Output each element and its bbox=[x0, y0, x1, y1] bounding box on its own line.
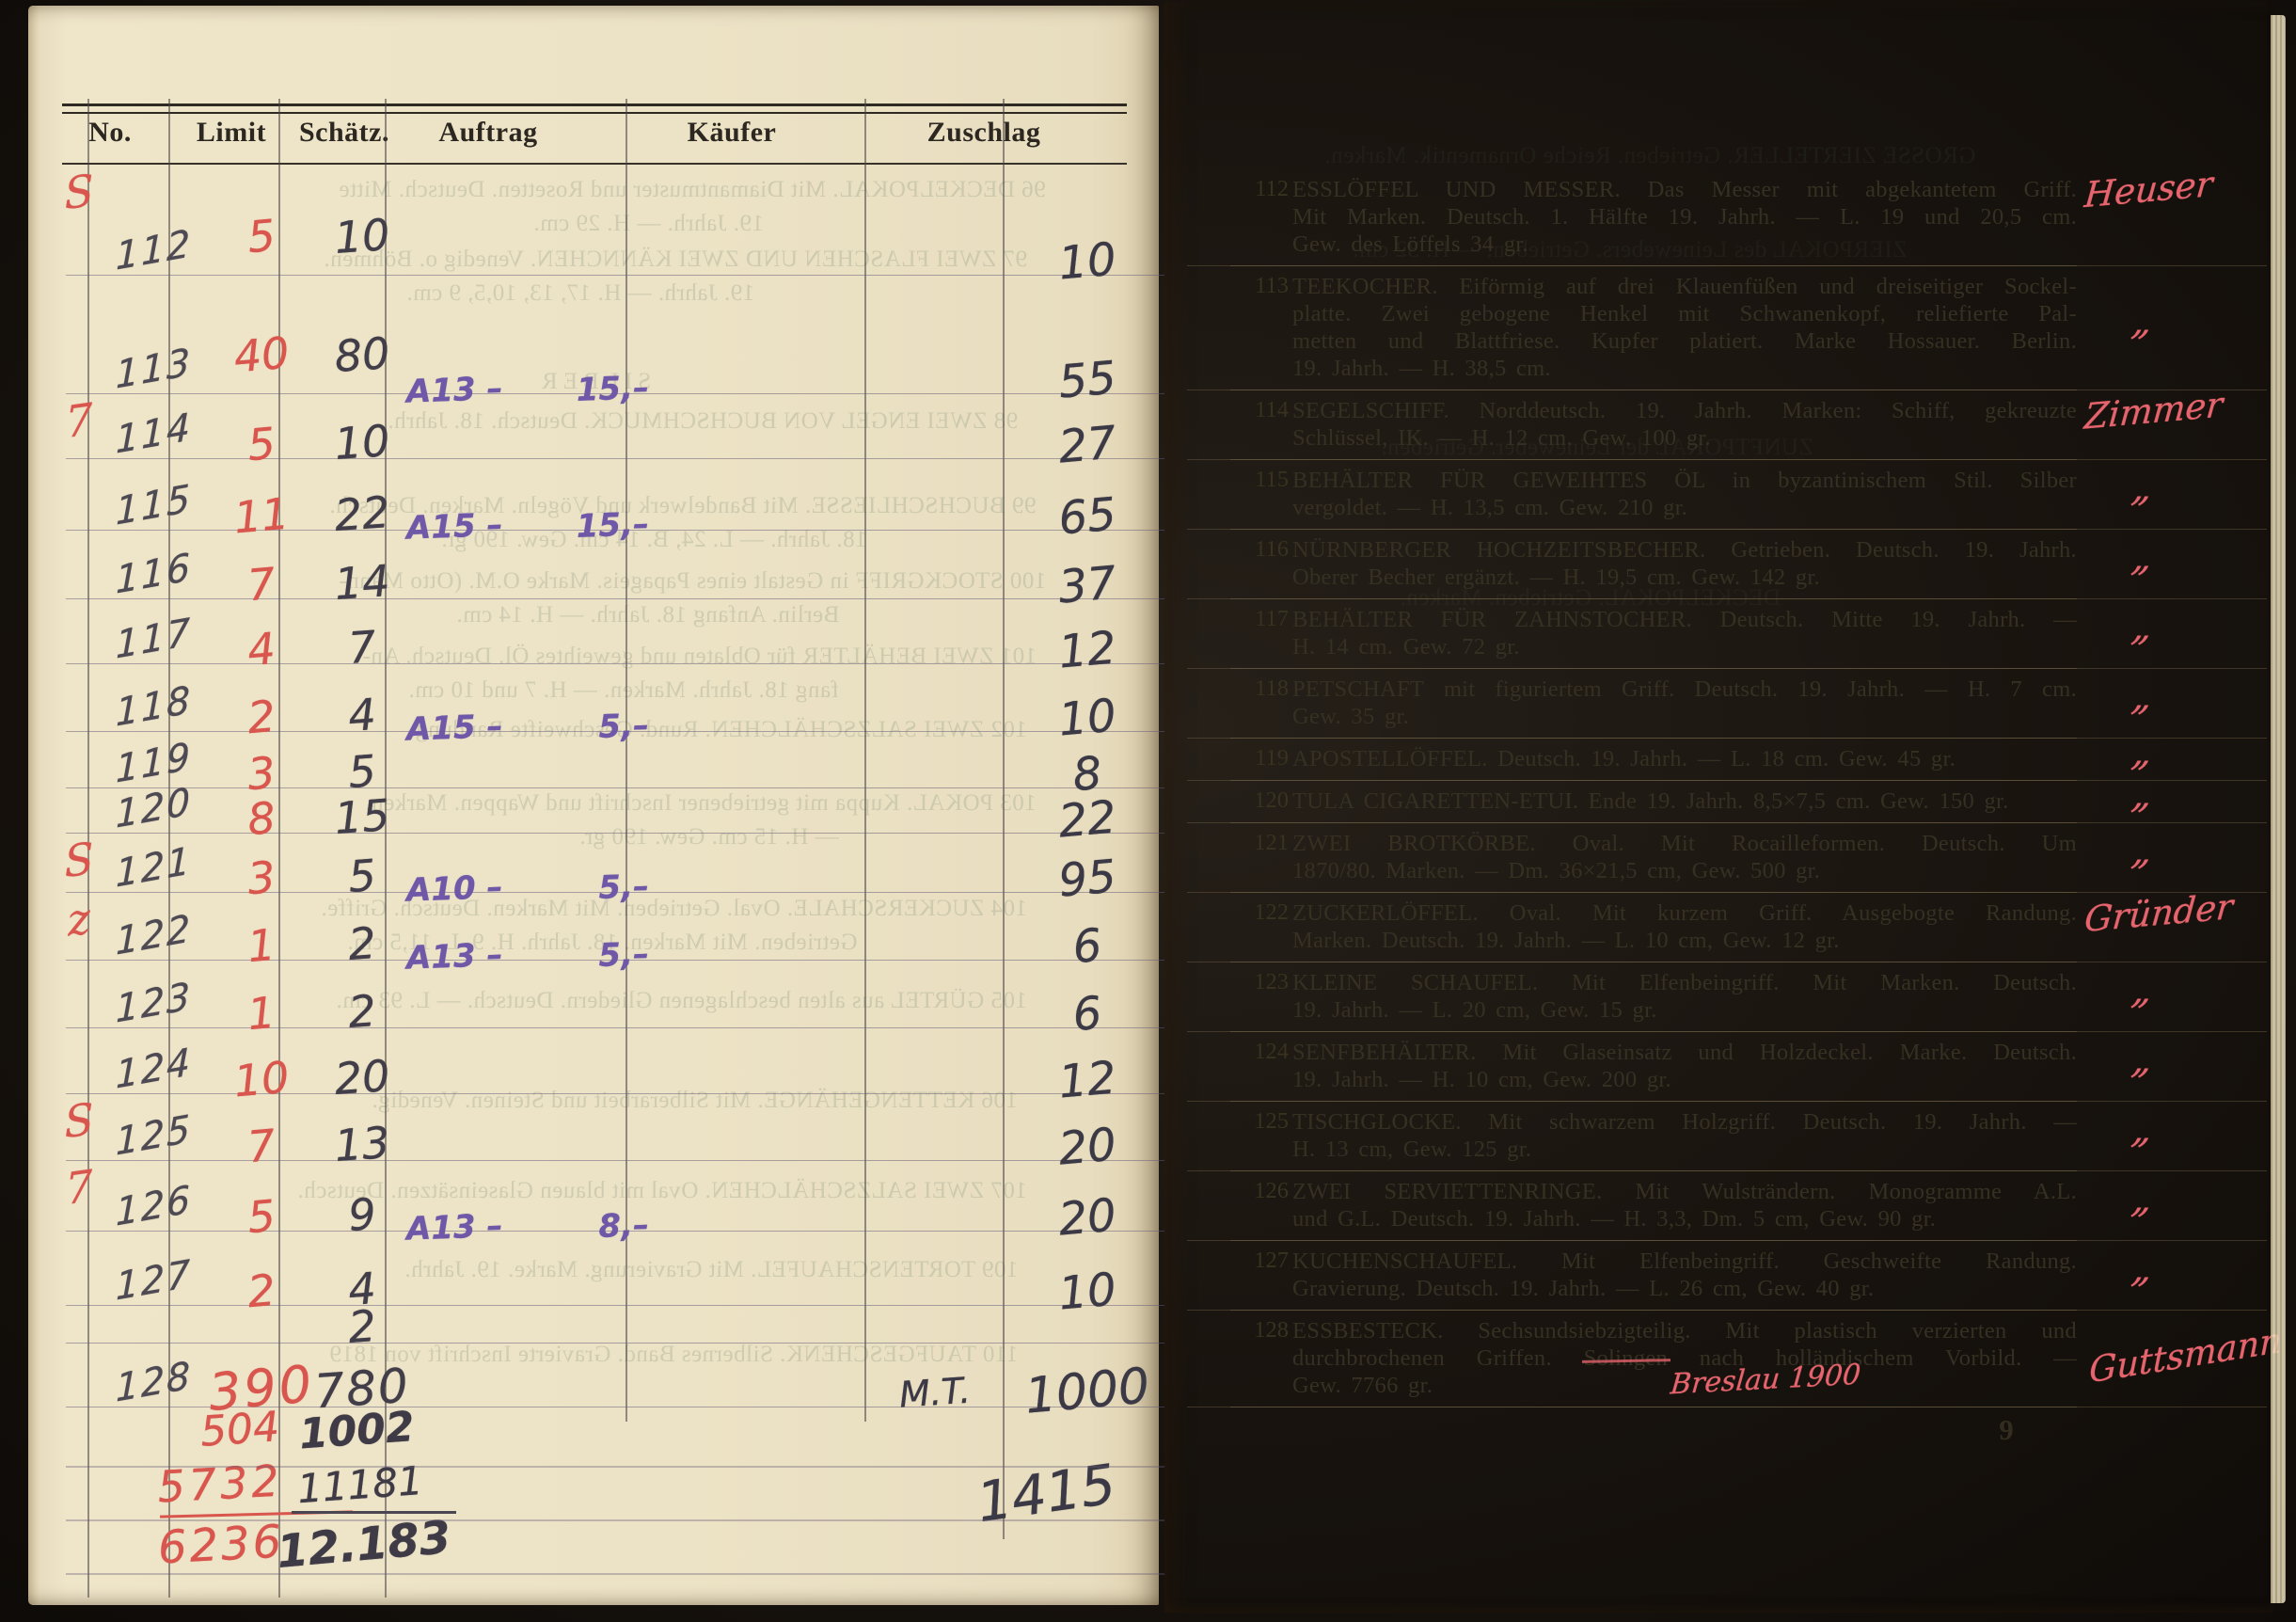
buyer-name: Heuser bbox=[2082, 164, 2214, 215]
entry-line: TEEKOCHER. Eiförmig auf drei Klauenfüßen… bbox=[1292, 273, 2077, 300]
ditto-mark: „ bbox=[2129, 969, 2158, 1012]
entry-text: ESSLÖFFEL UND MESSER. Das Messer mit abg… bbox=[1292, 176, 2077, 258]
bid-amount: 8,– bbox=[550, 1206, 649, 1248]
entry-line: H. 13 cm, Gew. 125 gr. bbox=[1292, 1136, 2077, 1163]
catalog-entry-116: 116NÜRNBERGER HOCHZEITSBECHER. Getrieben… bbox=[1230, 530, 2077, 599]
estimate-column-sum: 1002 bbox=[297, 1400, 451, 1458]
catalog-entry-114: 114SEGELSCHIFF. Norddeutsch. 19. Jahrh. … bbox=[1230, 390, 2077, 460]
ledger-row-128: 128390780M.T.1000 bbox=[66, 1343, 1164, 1407]
column-header-zuschlag: Zuschlag bbox=[927, 117, 1041, 149]
entry-number: 128 bbox=[1238, 1317, 1289, 1344]
limit-value: 5 bbox=[201, 206, 322, 267]
entry-number: 119 bbox=[1238, 745, 1289, 771]
limit-value: 40 bbox=[201, 325, 322, 386]
bid-code: A15 – bbox=[405, 504, 547, 547]
margin-mark: 7 bbox=[50, 391, 107, 451]
entry-line: Gew. des Löffels 34 gr. bbox=[1292, 231, 2077, 258]
buyer-name: Gründer bbox=[2082, 886, 2234, 940]
struck-word: Solingen bbox=[1584, 1345, 1669, 1371]
bid-code: A10 – bbox=[405, 867, 547, 909]
buyer-name: Guttsmann bbox=[2089, 1319, 2282, 1391]
bid-amount: 5,– bbox=[550, 707, 649, 748]
entry-text: PETSCHAFT mit figuriertem Griff. Deutsch… bbox=[1292, 676, 2077, 730]
ledger-row-127: 12724A13 –8,–10 bbox=[66, 1231, 1164, 1306]
entry-line: 1870/80. Marken. — Dm. 36×21,5 cm, Gew. … bbox=[1292, 857, 2077, 884]
hammer-price: 1000 bbox=[1001, 1356, 1175, 1426]
bid-code: A13 – bbox=[405, 934, 547, 977]
ruled-line bbox=[66, 1466, 1164, 1468]
ruled-line bbox=[66, 1519, 1164, 1521]
entry-text: TEEKOCHER. Eiförmig auf drei Klauenfüßen… bbox=[1292, 273, 2077, 382]
estimate-value: 80 bbox=[307, 326, 417, 384]
catalog-entry-123: 123KLEINE SCHAUFEL. Mit Elfenbeingriff. … bbox=[1230, 962, 2077, 1032]
column-header-no: No. bbox=[88, 117, 132, 149]
ditto-mark: „ bbox=[2129, 1108, 2158, 1152]
catalog-entry-126: 126ZWEI SERVIETTENRINGE. Mit Wulstränder… bbox=[1230, 1171, 2077, 1241]
entry-line: und G.L. Deutsch. 19. Jahrh. — H. 3,3, D… bbox=[1292, 1205, 2077, 1232]
entry-line: metten und Blattfriese. Kupfer platiert.… bbox=[1292, 327, 2077, 355]
ditto-mark: „ bbox=[2129, 606, 2158, 649]
limit-column-sum: 504 bbox=[177, 1402, 302, 1458]
entry-number: 120 bbox=[1238, 787, 1289, 814]
entry-line: 19. Jahrh. — H. 10 cm, Gew. 200 gr. bbox=[1292, 1066, 2077, 1093]
entry-number: 126 bbox=[1238, 1178, 1289, 1204]
ditto-mark: „ bbox=[2129, 1039, 2158, 1082]
entry-number: 125 bbox=[1238, 1108, 1289, 1135]
entry-line: SEGELSCHIFF. Norddeutsch. 19. Jahrh. Mar… bbox=[1292, 397, 2077, 424]
entry-line: BEHÄLTER FÜR ZAHNSTOCHER. Deutsch. Mitte… bbox=[1292, 606, 2077, 633]
bid-amount: 5,– bbox=[550, 867, 649, 909]
catalog-entry-115: 115BEHÄLTER FÜR GEWEIHTES ÖL in byzantin… bbox=[1230, 460, 2077, 530]
catalog-entry-125: 125TISCHGLOCKE. Mit schwarzem Holzgriff.… bbox=[1230, 1102, 2077, 1171]
ditto-mark: „ bbox=[2129, 536, 2158, 580]
bleedthrough-text: GROSSE ZIERTELLER. Getrieben. Reiche Orn… bbox=[1324, 143, 1975, 169]
margin-mark: S bbox=[50, 163, 107, 222]
entry-number: 115 bbox=[1238, 467, 1289, 493]
catalog-entry-112: 112ESSLÖFFEL UND MESSER. Das Messer mit … bbox=[1230, 169, 2077, 266]
ditto-mark: „ bbox=[2129, 676, 2158, 719]
bid-code: A13 – bbox=[405, 368, 547, 410]
entry-text: ZUCKERLÖFFEL. Oval. Mit kurzem Griff. Au… bbox=[1292, 899, 2077, 954]
entry-text: SENFBEHÄLTER. Mit Glaseinsatz und Holzde… bbox=[1292, 1039, 2077, 1093]
ditto-mark: „ bbox=[2129, 467, 2158, 510]
ledger-row-114: 7114510A13 –15,–27 bbox=[66, 393, 1164, 459]
entry-line: Schlüssel, IK. — H. 12 cm. Gew. 100 gr. bbox=[1292, 424, 2077, 452]
entry-line: 19. Jahrh. — H. 38,5 cm. bbox=[1292, 355, 2077, 382]
catalog-entry-118: 118PETSCHAFT mit figuriertem Griff. Deut… bbox=[1230, 669, 2077, 739]
column-header-auftrag: Auftrag bbox=[438, 117, 537, 149]
entry-line: KUCHENSCHAUFEL. Mit Elfenbeingriff. Gesc… bbox=[1292, 1248, 2077, 1275]
catalog-entry-124: 124SENFBEHÄLTER. Mit Glaseinsatz und Hol… bbox=[1230, 1032, 2077, 1102]
entry-line: SENFBEHÄLTER. Mit Glaseinsatz und Holzde… bbox=[1292, 1039, 2077, 1066]
catalog-entry-119: 119APOSTELLÖFFEL. Deutsch. 19. Jahrh. — … bbox=[1230, 739, 2077, 781]
entry-line: TISCHGLOCKE. Mit schwarzem Holzgriff. De… bbox=[1292, 1108, 2077, 1136]
ledger-row-119: 11935A15 –5,–8 bbox=[66, 731, 1164, 788]
ditto-mark: „ bbox=[2129, 1248, 2158, 1291]
bid-code: A13 – bbox=[405, 1205, 547, 1248]
ditto-mark: „ bbox=[2129, 1178, 2158, 1221]
auction-ledger-book-spread: 96 DECKELPOKAL. Mit Diamantmuster und Ro… bbox=[0, 0, 2296, 1622]
ditto-mark: „ bbox=[2129, 300, 2158, 343]
ledger-row-116: 116714A15 –15,–37 bbox=[66, 530, 1164, 599]
ditto-mark: „ bbox=[2129, 830, 2158, 873]
estimate-carryover: 11181 bbox=[296, 1455, 468, 1512]
entry-line: APOSTELLÖFFEL. Deutsch. 19. Jahrh. — L. … bbox=[1292, 745, 2077, 772]
ledger-row-112: S11251010 bbox=[66, 165, 1164, 276]
entry-number: 124 bbox=[1238, 1039, 1289, 1065]
entry-text: KLEINE SCHAUFEL. Mit Elfenbeingriff. Mit… bbox=[1292, 969, 2077, 1024]
table-top-rule bbox=[62, 103, 1127, 114]
buyer-name: Zimmer bbox=[2082, 384, 2225, 437]
entry-number: 123 bbox=[1238, 969, 1289, 995]
entry-text: APOSTELLÖFFEL. Deutsch. 19. Jahrh. — L. … bbox=[1292, 745, 2077, 772]
page-number: 9 bbox=[1964, 1413, 2049, 1447]
entry-number: 122 bbox=[1238, 899, 1289, 926]
catalog-entry-128: 128ESSBESTECK. Sechsundsiebzigteilig. Mi… bbox=[1230, 1311, 2077, 1407]
entry-line: PETSCHAFT mit figuriertem Griff. Deutsch… bbox=[1292, 676, 2077, 703]
entry-text: BEHÄLTER FÜR GEWEIHTES ÖL in byzantinisc… bbox=[1292, 467, 2077, 521]
entry-line: vergoldet. — H. 13,5 cm. Gew. 210 gr. bbox=[1292, 494, 2077, 521]
entry-line: Marken. Deutsch. 19. Jahrh. — L. 10 cm, … bbox=[1292, 927, 2077, 954]
entry-line: H. 14 cm. Gew. 72 gr. bbox=[1292, 633, 2077, 660]
bid-amount: 15,– bbox=[550, 369, 649, 410]
entry-text: ZWEI BROTKÖRBE. Oval. Mit Rocailleformen… bbox=[1292, 830, 2077, 884]
entry-text: SEGELSCHIFF. Norddeutsch. 19. Jahrh. Mar… bbox=[1292, 397, 2077, 452]
entry-number: 113 bbox=[1238, 273, 1289, 299]
margin-mark: z bbox=[50, 890, 107, 949]
catalog-entry-list: 112ESSLÖFFEL UND MESSER. Das Messer mit … bbox=[1230, 169, 2077, 1407]
catalog-entry-120: 120TULA CIGARETTEN-ETUI. Ende 19. Jahrh.… bbox=[1230, 781, 2077, 823]
ledger-row-125: S12571320 bbox=[66, 1093, 1164, 1161]
entry-line: NÜRNBERGER HOCHZEITSBECHER. Getrieben. D… bbox=[1292, 536, 2077, 564]
entry-line: ESSLÖFFEL UND MESSER. Das Messer mit abg… bbox=[1292, 176, 2077, 203]
entry-line: Oberer Becher ergänzt. — H. 19,5 cm. Gew… bbox=[1292, 564, 2077, 591]
entry-number: 116 bbox=[1238, 536, 1289, 563]
catalog-entry-113: 113TEEKOCHER. Eiförmig auf drei Klauenfü… bbox=[1230, 266, 2077, 390]
bid-amount: 15,– bbox=[550, 505, 649, 547]
page-stack-edge bbox=[2271, 15, 2286, 1603]
entry-line: 19. Jahrh. — L. 20 cm, Gew. 15 gr. bbox=[1292, 996, 2077, 1024]
catalog-entry-117: 117BEHÄLTER FÜR ZAHNSTOCHER. Deutsch. Mi… bbox=[1230, 599, 2077, 669]
entry-line: platte. Zwei gebogene Henkel mit Schwane… bbox=[1292, 300, 2077, 327]
column-header-kufer: Käufer bbox=[688, 117, 777, 149]
entry-number: 127 bbox=[1238, 1248, 1289, 1274]
margin-mark: S bbox=[50, 1091, 107, 1151]
entry-line: KLEINE SCHAUFEL. Mit Elfenbeingriff. Mit… bbox=[1292, 969, 2077, 996]
entry-line: Gravierung. Deutsch. 19. Jahrh. — L. 26 … bbox=[1292, 1275, 2077, 1302]
bid-amount: 5,– bbox=[550, 935, 649, 977]
entry-line: Mit Marken. Deutsch. 1. Hälfte 19. Jahrh… bbox=[1292, 203, 2077, 231]
entry-number: 112 bbox=[1238, 176, 1289, 202]
entry-text: ZWEI SERVIETTENRINGE. Mit Wulsträndern. … bbox=[1292, 1178, 2077, 1232]
entry-text: TISCHGLOCKE. Mit schwarzem Holzgriff. De… bbox=[1292, 1108, 2077, 1163]
ledger-row: 2 bbox=[66, 1305, 1164, 1344]
hammer-note: M.T. bbox=[898, 1367, 1005, 1416]
catalog-entry-122: 122ZUCKERLÖFFEL. Oval. Mit kurzem Griff.… bbox=[1230, 893, 2077, 962]
column-header-limit: Limit bbox=[197, 117, 266, 149]
entry-line: TULA CIGARETTEN-ETUI. Ende 19. Jahrh. 8,… bbox=[1292, 787, 2077, 815]
limit-carryover: 5732 bbox=[125, 1454, 316, 1514]
entry-number: 121 bbox=[1238, 830, 1289, 856]
ruled-line bbox=[66, 1573, 1164, 1575]
entry-number: 114 bbox=[1238, 397, 1289, 423]
estimate-value: 10 bbox=[307, 207, 417, 265]
ledger-row-120: 12081522 bbox=[66, 787, 1164, 834]
entry-text: TULA CIGARETTEN-ETUI. Ende 19. Jahrh. 8,… bbox=[1292, 787, 2077, 815]
ledger-page: 96 DECKELPOKAL. Mit Diamantmuster und Ro… bbox=[28, 6, 1159, 1605]
entry-line: Gew. 35 gr. bbox=[1292, 703, 2077, 730]
entry-text: KUCHENSCHAUFEL. Mit Elfenbeingriff. Gesc… bbox=[1292, 1248, 2077, 1302]
entry-line: ESSBESTECK. Sechsundsiebzigteilig. Mit p… bbox=[1292, 1317, 2077, 1344]
bid-code: A15 – bbox=[405, 706, 547, 748]
entry-line: ZWEI BROTKÖRBE. Oval. Mit Rocailleformen… bbox=[1292, 830, 2077, 857]
catalog-entry-121: 121ZWEI BROTKÖRBE. Oval. Mit Rocaillefor… bbox=[1230, 823, 2077, 893]
margin-mark: S bbox=[50, 831, 107, 890]
ledger-row-117: 1174712 bbox=[66, 598, 1164, 664]
entry-line: ZWEI SERVIETTENRINGE. Mit Wulsträndern. … bbox=[1292, 1178, 2077, 1205]
catalog-entry-127: 127KUCHENSCHAUFEL. Mit Elfenbeingriff. G… bbox=[1230, 1241, 2077, 1311]
ledger-row-123: 12312A13 –5,–6 bbox=[66, 960, 1164, 1028]
entry-line: BEHÄLTER FÜR GEWEIHTES ÖL in byzantinisc… bbox=[1292, 467, 2077, 494]
entry-line: ZUCKERLÖFFEL. Oval. Mit kurzem Griff. Au… bbox=[1292, 899, 2077, 927]
catalog-page: GROSSE ZIERTELLER. Getrieben. Reiche Orn… bbox=[1164, 2, 2274, 1613]
entry-number: 118 bbox=[1238, 676, 1289, 702]
entry-text: BEHÄLTER FÜR ZAHNSTOCHER. Deutsch. Mitte… bbox=[1292, 606, 2077, 660]
column-header-schtz: Schätz. bbox=[299, 117, 389, 149]
margin-mark: 7 bbox=[50, 1158, 107, 1217]
ledger-row-124: 124102012 bbox=[66, 1027, 1164, 1094]
entry-number: 117 bbox=[1238, 606, 1289, 632]
entry-text: NÜRNBERGER HOCHZEITSBECHER. Getrieben. D… bbox=[1292, 536, 2077, 591]
